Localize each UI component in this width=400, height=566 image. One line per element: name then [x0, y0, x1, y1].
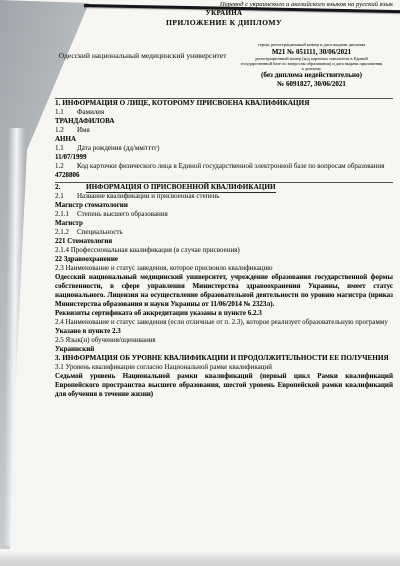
degree-level-value: Магистр — [55, 219, 393, 228]
field-card-code-value: 4728806 — [55, 171, 393, 180]
accreditation-reference: Реквизиты сертификата об аккредитации ук… — [55, 309, 393, 318]
nqf-level-value: Седьмой уровень Национальной рамки квали… — [55, 372, 393, 399]
field-surname-value: ТРАНДАФИЛОВА — [55, 117, 393, 126]
document-body: Перевод с украинского и английского язык… — [55, 0, 393, 399]
header-columns: Одесский национальный медицинский универ… — [55, 42, 393, 88]
field-number: 2.1.2 — [55, 228, 77, 237]
field-name-value: АННА — [55, 135, 393, 144]
diploma-series-value: М21 № 051111, 30/06/2021 — [230, 48, 393, 56]
qualification-name-value: Магистр стоматологии — [55, 201, 393, 210]
field-birthdate-label: 1.1Дата рождения (дд/мм/гггг) — [55, 144, 393, 153]
specialty-value: 221 Стоматология — [55, 237, 393, 246]
issuing-university: Одесский национальный медицинский универ… — [55, 42, 230, 88]
field-number: 2.1 — [55, 192, 77, 201]
invalid-without-diploma-note: (без диплома недействительно) — [230, 71, 393, 79]
nqf-level-label: 3.1 Уровень квалификации согласно Национ… — [55, 363, 393, 372]
scanner-bottom-edge — [0, 551, 400, 566]
registration-block: серия, регистрационный номер и дата выда… — [230, 42, 393, 88]
awarding-institution-value: Одесский национальный медицинский универ… — [55, 273, 393, 309]
field-birthdate-value: 11/07/1999 — [55, 153, 393, 162]
scanned-diploma-supplement-page: Перевод с украинского и английского язык… — [0, 0, 400, 566]
translation-note: Перевод с украинского и английского язык… — [55, 0, 393, 9]
language-label: 2.5 Язык(и) обучения/оценивания — [55, 336, 393, 345]
professional-qualification-label: 2.1.4 Профессиональная квалификация (в с… — [55, 246, 393, 255]
page-curl-highlight — [4, 128, 25, 546]
field-number: 1.1 — [55, 144, 77, 153]
field-number: 2.1.1 — [55, 210, 77, 219]
field-surname-label: 1.1Фамилия — [55, 108, 393, 117]
section-1-heading: 1. ИНФОРМАЦИЯ О ЛИЦЕ, КОТОРОМУ ПРИСВОЕНА… — [55, 99, 393, 108]
awarding-institution-label: 2.3 Наименование и статус заведения, кот… — [55, 264, 393, 273]
country-title: УКРАИНА — [55, 9, 393, 18]
supplement-number-value: № 6091827, 30/06/2021 — [230, 80, 393, 88]
field-name-label: 1.2Имя — [55, 126, 393, 135]
field-number: 1.2 — [55, 126, 77, 135]
degree-level-label: 2.1.1Степень высшего образования — [55, 210, 393, 219]
supplement-reg-label: регистрационный номер (код карточки соис… — [230, 56, 393, 72]
program-institution-value: Указано в пункте 2.3 — [55, 327, 393, 336]
program-institution-label: 2.4 Наименование и статус заведения (есл… — [55, 318, 393, 327]
section-number: 2. — [55, 183, 86, 192]
field-number: 1.1 — [55, 108, 77, 117]
professional-qualification-value: 22 Здравоохранение — [55, 255, 393, 264]
qualification-name-label: 2.1Название квалификации и присвоенная с… — [55, 192, 393, 201]
field-card-code-label: 1.2Код карточки физического лица в Едино… — [55, 162, 393, 171]
section-2-heading: 2.ИНФОРМАЦИЯ О ПРИСВОЕННОЙ КВАЛИФИКАЦИИ — [55, 183, 393, 192]
field-number: 1.2 — [55, 162, 77, 171]
specialty-label: 2.1.2Специальность — [55, 228, 393, 237]
document-title: ПРИЛОЖЕНИЕ К ДИПЛОМУ — [55, 18, 393, 27]
section-3-heading: 3. ИНФОРМАЦИЯ ОБ УРОВНЕ КВАЛИФИКАЦИИ И П… — [55, 354, 393, 363]
